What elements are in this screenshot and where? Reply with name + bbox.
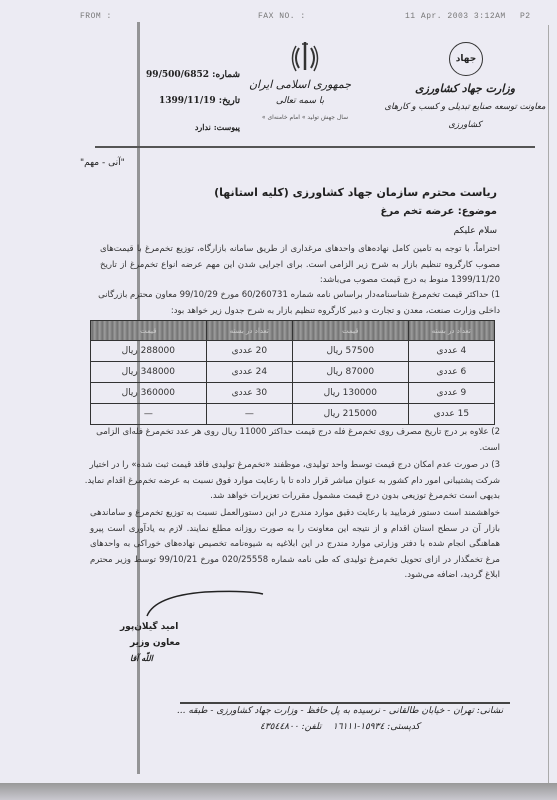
footer-address: نشانی: تهران - خیابان طالقانی - نرسیده ب… <box>170 706 510 716</box>
fax-number-label: FAX NO. : <box>258 12 306 21</box>
table-header: قیمت <box>292 321 408 341</box>
priority-label: "آنی - مهم" <box>80 158 125 168</box>
attachment-value: ندارد <box>195 122 211 132</box>
signatory-name: امید گیلان‌پور <box>120 622 178 632</box>
number-label: شماره: <box>212 70 240 80</box>
table-header: قیمت <box>91 321 207 341</box>
number-value: 99/500/6852 <box>146 70 209 80</box>
table-cell: — <box>206 404 292 425</box>
subject-line: موضوع: عرضه تخم مرغ <box>380 206 497 217</box>
date-value: 1399/11/19 <box>159 96 216 106</box>
footer-phone: تلفن: ٤٣٥٤٤٨٠٠ <box>260 722 321 732</box>
year-slogan: « سال جهش تولید » امام خامنه‌ای <box>230 114 380 121</box>
table-cell: 9 عددی <box>408 383 494 404</box>
letterhead-ministry: وزارت جهاد کشاورزی معاونت توسعه صنایع تب… <box>380 80 550 134</box>
scan-bottom-edge <box>0 783 557 800</box>
table-cell: 87000 ریال <box>292 362 408 383</box>
item-3: 3) در صورت عدم امکان درج قیمت توسط واحد … <box>80 458 500 505</box>
subject-value: عرضه تخم مرغ <box>380 206 454 217</box>
attachment-label: پیوست: <box>214 122 240 132</box>
table-cell: 130000 ریال <box>292 383 408 404</box>
table-row: 288000 ریال 20 عددی 57500 ریال 4 عددی <box>91 341 495 362</box>
item-2: 2) علاوه بر درج تاریخ مصرف روی تخم‌مرغ ف… <box>80 425 500 456</box>
table-cell: 360000 ریال <box>91 383 207 404</box>
table-header-row: قیمت تعداد در بسته قیمت تعداد در بسته <box>91 321 495 341</box>
fax-page-number: P2 <box>520 12 531 21</box>
deputy-name: معاونت توسعه صنایع تبدیلی و کسب و کارهای… <box>380 98 550 134</box>
subject-label: موضوع: <box>458 206 497 217</box>
table-cell: 30 عددی <box>206 383 292 404</box>
table-row: 360000 ریال 30 عددی 130000 ریال 9 عددی <box>91 383 495 404</box>
letter-date: تاریخ: 1399/11/19 <box>140 96 240 106</box>
table-row: — — 215000 ریال 15 عددی <box>91 404 495 425</box>
addressee: ریاست محترم سازمان جهاد کشاورزی (کلیه اس… <box>214 186 497 199</box>
page-edge-line <box>548 25 549 785</box>
republic-name: جمهوری اسلامی ایران <box>230 76 370 93</box>
greeting: سلام علیکم <box>454 226 497 236</box>
letter-attachment: پیوست: ندارد <box>140 122 240 132</box>
footer-divider <box>180 702 510 704</box>
table-cell: — <box>91 404 207 425</box>
fax-from-label: FROM : <box>80 12 112 21</box>
ministry-name: وزارت جهاد کشاورزی <box>380 80 550 98</box>
intro-paragraph: احتراماً، با توجه به تامین کامل نهاده‌ها… <box>100 242 500 289</box>
table-cell: 15 عددی <box>408 404 494 425</box>
fax-document-page: FROM : FAX NO. : 11 Apr. 2003 3:12AM P2 … <box>0 0 557 800</box>
signatory-title: معاون وزیر <box>130 638 180 648</box>
letterhead-republic: جمهوری اسلامی ایران با سمه تعالی <box>230 76 370 110</box>
sender-title: با سمه تعالی <box>230 93 370 110</box>
table-cell: 57500 ریال <box>292 341 408 362</box>
handwritten-note: اللّه آقا <box>130 654 153 663</box>
egg-price-table: قیمت تعداد در بسته قیمت تعداد در بسته 28… <box>90 320 495 425</box>
footer-postal-code: کدپستی: ١٥٩٣٤-١٦١١١ <box>333 722 420 732</box>
table-cell: 215000 ریال <box>292 404 408 425</box>
table-header: تعداد در بسته <box>206 321 292 341</box>
fax-timestamp: 11 Apr. 2003 3:12AM <box>405 12 506 21</box>
signature-stroke-icon <box>145 588 265 618</box>
logo-text: جهاد <box>456 54 476 64</box>
footer-contact: کدپستی: ١٥٩٣٤-١٦١١١ تلفن: ٤٣٥٤٤٨٠٠ <box>170 722 510 732</box>
table-cell: 348000 ریال <box>91 362 207 383</box>
letter-number: شماره: 99/500/6852 <box>140 70 240 80</box>
header-divider <box>95 146 535 148</box>
table-cell: 288000 ریال <box>91 341 207 362</box>
table-cell: 24 عددی <box>206 362 292 383</box>
table-cell: 6 عددی <box>408 362 494 383</box>
table-header: تعداد در بسته <box>408 321 494 341</box>
ministry-logo-icon: جهاد <box>449 42 483 76</box>
item-1: 1) حداکثر قیمت تخم‌مرغ شناسنامه‌دار براس… <box>80 288 500 319</box>
iran-emblem-icon <box>290 40 320 74</box>
table-cell: 20 عددی <box>206 341 292 362</box>
table-row: 348000 ریال 24 عددی 87000 ریال 6 عددی <box>91 362 495 383</box>
date-label: تاریخ: <box>219 96 240 106</box>
table-cell: 4 عددی <box>408 341 494 362</box>
closing-paragraph: خواهشمند است دستور فرمایید با رعایت دقیق… <box>90 506 500 584</box>
